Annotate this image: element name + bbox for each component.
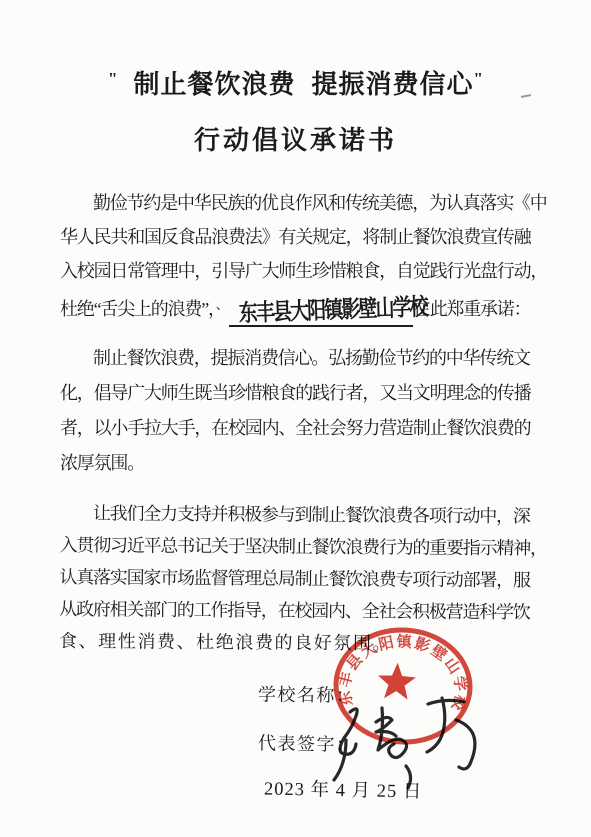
body-line-with-handwriting: 杜绝“舌尖上的浪费”，、东丰县大阳镇影壁山学校在此郑重承诺： bbox=[60, 288, 560, 322]
document-title-line2: 行动倡议承诺书 bbox=[0, 120, 591, 157]
body-line: 浓厚氛围。 bbox=[60, 446, 560, 481]
body-line: 者，以小手拉大手，在校园内、全社会努力营造制止餐饮浪费的 bbox=[60, 411, 560, 446]
signature-stroke bbox=[376, 708, 407, 758]
body-line: 让我们全力支持并积极参与到制止餐饮浪费各项行动中，深 bbox=[60, 497, 560, 532]
title-part1: 制止餐饮浪费 bbox=[133, 70, 295, 99]
paragraph-action: 让我们全力支持并积极参与到制止餐饮浪费各项行动中，深 入贯彻习近平总书记关于坚决… bbox=[59, 497, 560, 660]
scanned-document-page: "制止餐饮浪费提振消费信心" 行动倡议承诺书 勤俭节约是中华民族的优良作风和传统… bbox=[0, 0, 591, 837]
body-line: 华人民共和国反食品浪费法》有关规定，将制止餐饮浪费宣传融 bbox=[60, 220, 560, 254]
handwritten-school-name: 东丰县大阳镇影壁山学校 bbox=[238, 288, 427, 333]
stray-pen-mark: 、 bbox=[216, 297, 229, 312]
body-line: 制止餐饮浪费，提振消费信心。弘扬勤俭节约的中华传统文 bbox=[60, 341, 560, 376]
signature-stroke bbox=[427, 698, 475, 769]
paragraph-opening: 勤俭节约是中华民族的优良作风和传统美德，为认真落实《中 华人民共和国反食品浪费法… bbox=[60, 186, 560, 322]
body-line: 认真落实国家市场监督管理总局制止餐饮浪费专项行动部署，服 bbox=[59, 561, 559, 596]
line4-prefix: 杜绝“舌尖上的浪费”， bbox=[60, 299, 216, 319]
title-part2: 提振消费信心 bbox=[312, 70, 474, 99]
signature-stroke bbox=[406, 766, 411, 788]
title-close-quote: " bbox=[474, 69, 483, 88]
document-title-line1: "制止餐饮浪费提振消费信心" bbox=[0, 64, 591, 101]
signature-stroke bbox=[334, 709, 357, 780]
body-line: 勤俭节约是中华民族的优良作风和传统美德，为认真落实《中 bbox=[60, 186, 560, 220]
body-line: 食、理性消费、杜绝浪费的良好氛围。 bbox=[59, 625, 559, 660]
paragraph-pledge: 制止餐饮浪费，提振消费信心。弘扬勤俭节约的中华传统文 化，倡导广大师生既当珍惜粮… bbox=[60, 341, 560, 481]
body-line: 化，倡导广大师生既当珍惜粮食的践行者，又当文明理念的传播 bbox=[60, 376, 560, 411]
body-line: 入贯彻习近平总书记关于坚决制止餐饮浪费行为的重要指示精神， bbox=[60, 529, 560, 564]
body-line: 入校园日常管理中，引导广大师生珍惜粮食，自觉践行光盘行动， bbox=[60, 254, 560, 288]
body-line: 从政府相关部门的工作指导，在校园内、全社会积极营造科学饮 bbox=[59, 593, 559, 628]
title-open-quote: " bbox=[108, 69, 117, 88]
representative-signature bbox=[318, 688, 490, 800]
line4-suffix: 在此郑重承诺： bbox=[413, 299, 531, 319]
fill-in-blank-underline: 东丰县大阳镇影壁山学校 bbox=[229, 295, 413, 327]
